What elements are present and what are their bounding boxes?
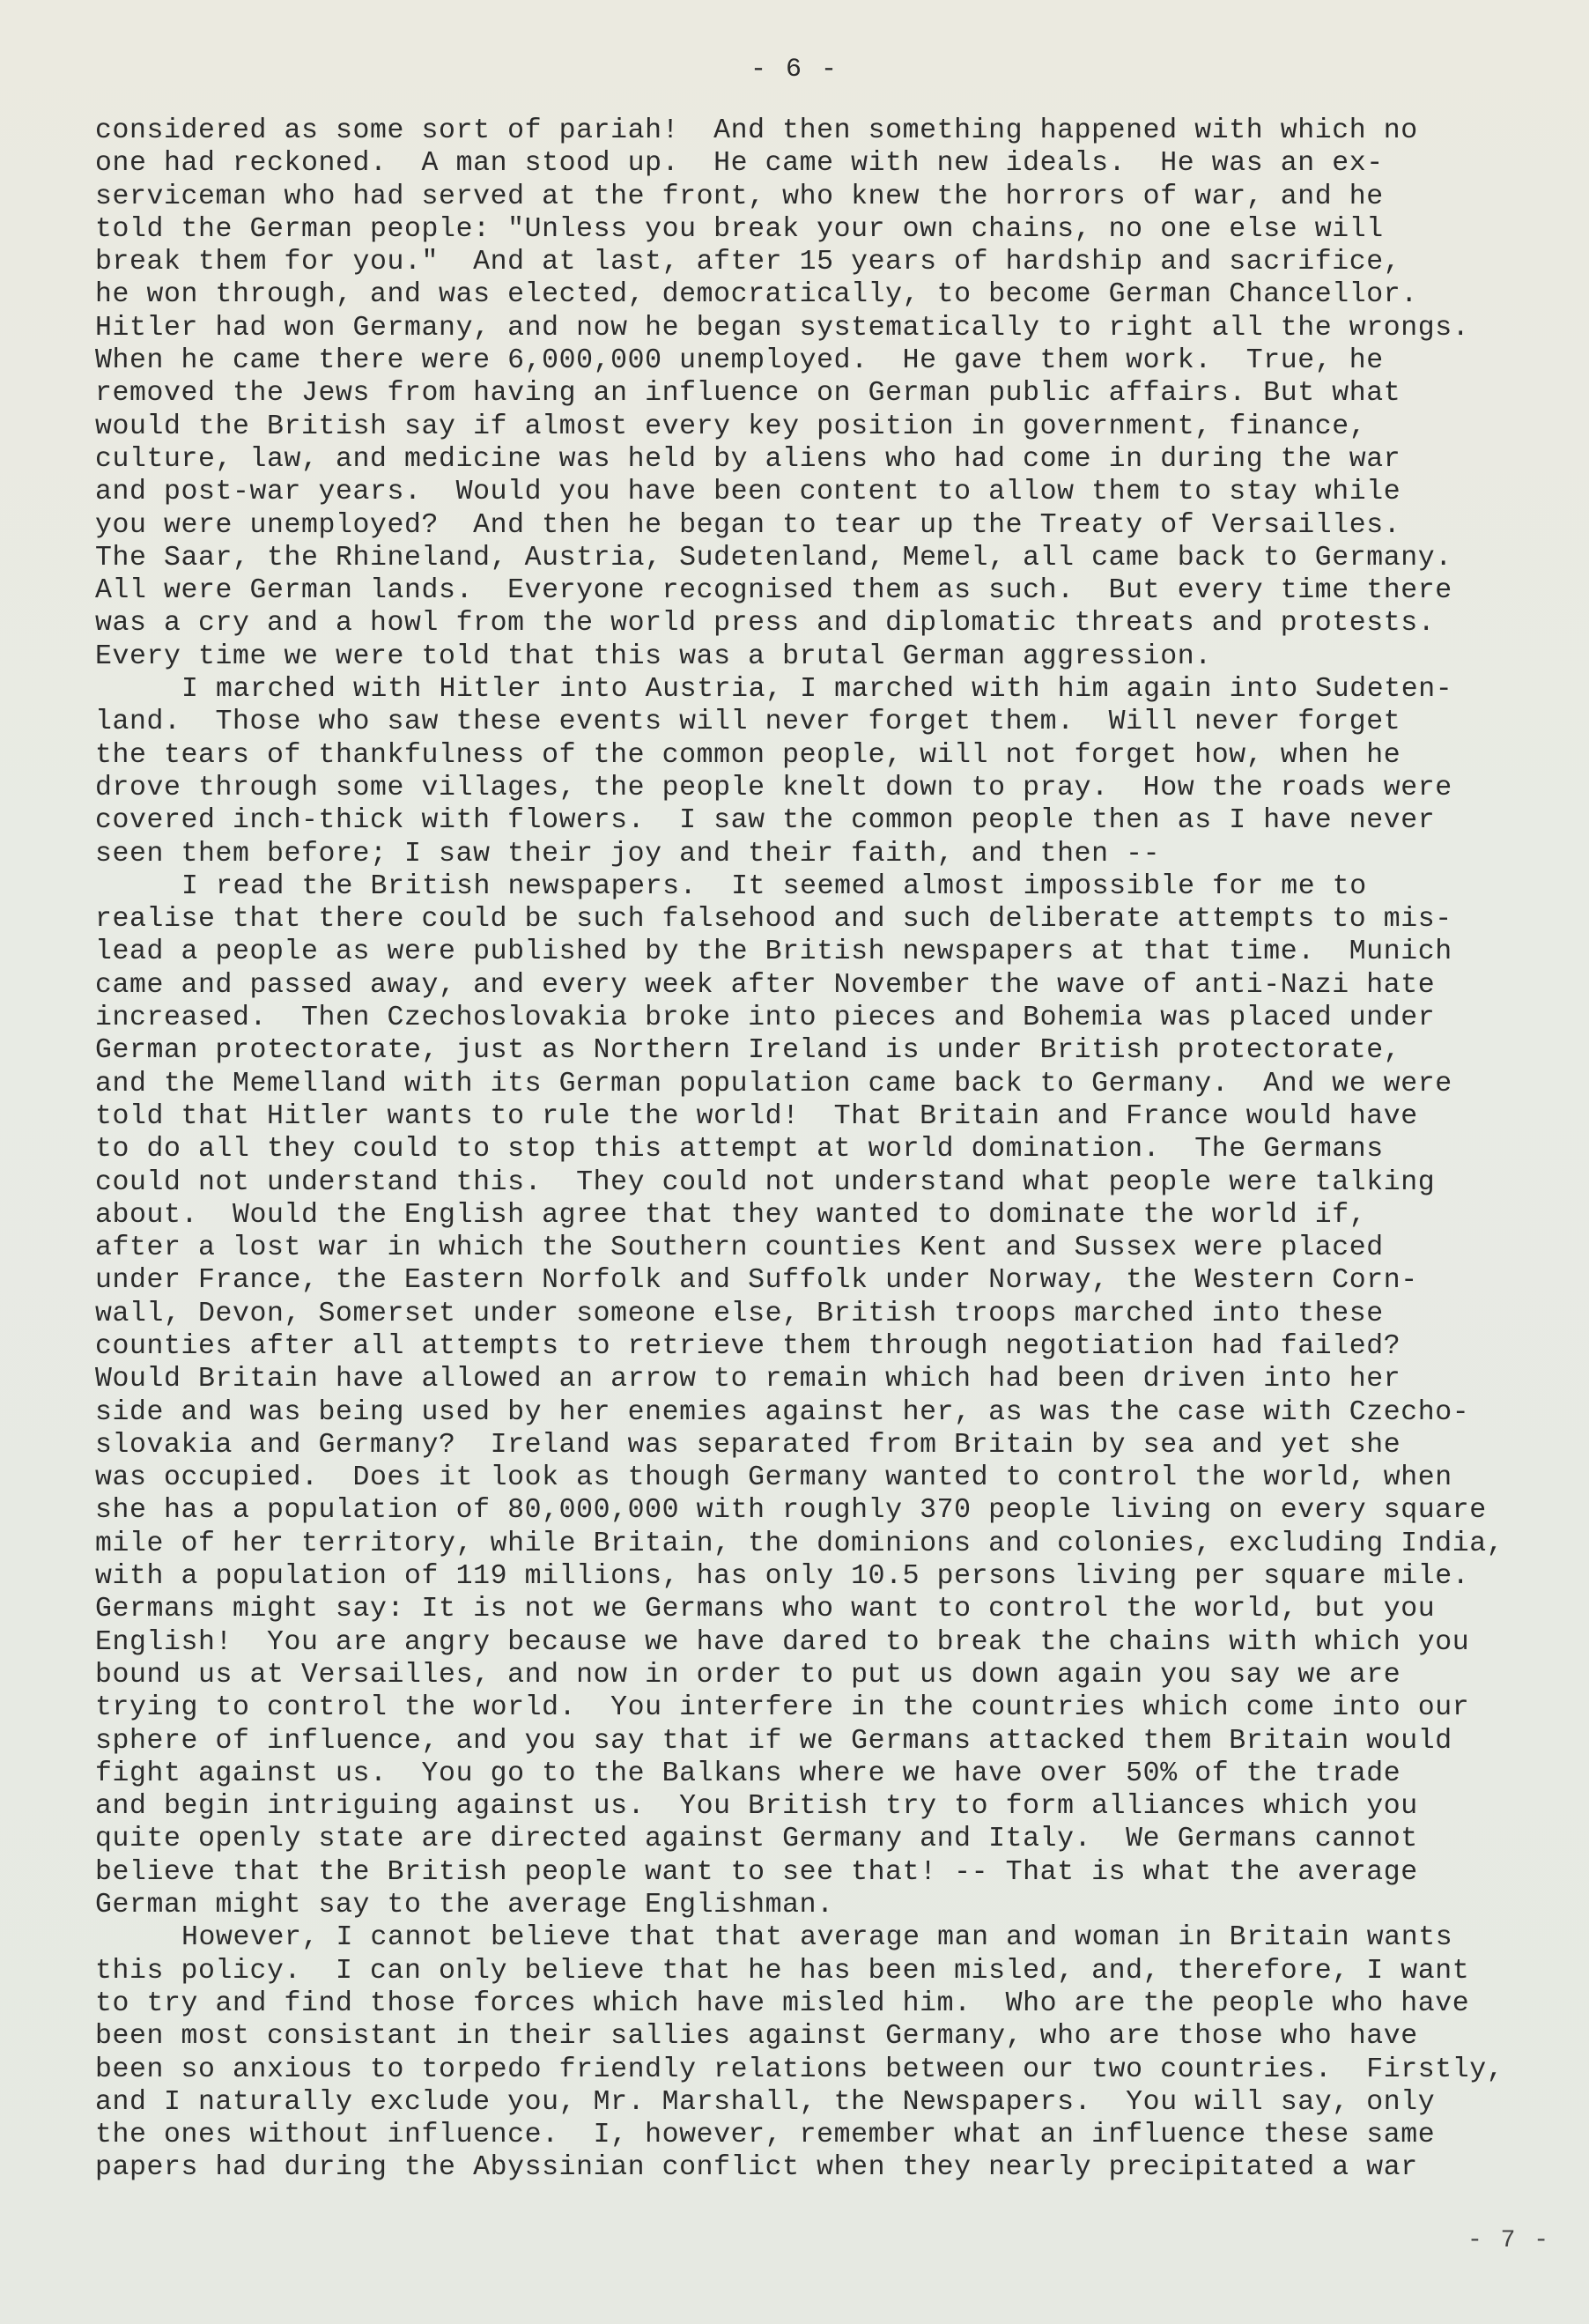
text-line: with a population of 119 millions, has o…: [95, 1560, 1557, 1593]
text-line: English! You are angry because we have d…: [95, 1626, 1557, 1659]
text-line: Hitler had won Germany, and now he began…: [95, 312, 1557, 344]
text-line: Germans might say: It is not we Germans …: [95, 1593, 1557, 1625]
text-line: break them for you." And at last, after …: [95, 246, 1557, 278]
text-line: and begin intriguing against us. You Bri…: [95, 1790, 1557, 1823]
text-line: bound us at Versailles, and now in order…: [95, 1659, 1557, 1691]
text-line: lead a people as were published by the B…: [95, 936, 1557, 968]
text-line: serviceman who had served at the front, …: [95, 181, 1557, 213]
text-line: was a cry and a howl from the world pres…: [95, 607, 1557, 640]
text-line: and post-war years. Would you have been …: [95, 476, 1557, 508]
text-line: Would Britain have allowed an arrow to r…: [95, 1363, 1557, 1395]
text-line: wall, Devon, Somerset under someone else…: [95, 1298, 1557, 1330]
text-line: seen them before; I saw their joy and th…: [95, 838, 1557, 870]
body-text: considered as some sort of pariah! And t…: [95, 115, 1557, 2185]
text-line: would the British say if almost every ke…: [95, 411, 1557, 443]
text-line: quite openly state are directed against …: [95, 1823, 1557, 1855]
text-line: When he came there were 6,000,000 unempl…: [95, 344, 1557, 377]
text-line: removed the Jews from having an influenc…: [95, 377, 1557, 410]
text-line: to do all they could to stop this attemp…: [95, 1133, 1557, 1166]
text-line: and the Memelland with its German popula…: [95, 1068, 1557, 1100]
text-line: mile of her territory, while Britain, th…: [95, 1528, 1557, 1560]
text-line: considered as some sort of pariah! And t…: [95, 115, 1557, 147]
text-line: culture, law, and medicine was held by a…: [95, 443, 1557, 476]
text-line: realise that there could be such falseho…: [95, 903, 1557, 936]
text-line: slovakia and Germany? Ireland was separa…: [95, 1429, 1557, 1462]
text-line: I read the British newspapers. It seemed…: [95, 870, 1557, 903]
text-line: to try and find those forces which have …: [95, 1987, 1557, 2020]
text-line: this policy. I can only believe that he …: [95, 1955, 1557, 1987]
text-line: told that Hitler wants to rule the world…: [95, 1100, 1557, 1133]
text-line: However, I cannot believe that that aver…: [95, 1921, 1557, 1954]
text-line: been most consistant in their sallies ag…: [95, 2020, 1557, 2053]
document-page: - 6 - considered as some sort of pariah!…: [0, 0, 1589, 2324]
text-line: under France, the Eastern Norfolk and Su…: [95, 1264, 1557, 1297]
text-line: counties after all attempts to retrieve …: [95, 1330, 1557, 1363]
text-line: German might say to the average Englishm…: [95, 1889, 1557, 1921]
text-line: German protectorate, just as Northern Ir…: [95, 1034, 1557, 1067]
text-line: Every time we were told that this was a …: [95, 640, 1557, 673]
text-line: believe that the British people want to …: [95, 1856, 1557, 1889]
text-line: papers had during the Abyssinian conflic…: [95, 2151, 1557, 2184]
text-line: increased. Then Czechoslovakia broke int…: [95, 1002, 1557, 1034]
text-line: one had reckoned. A man stood up. He cam…: [95, 147, 1557, 180]
text-line: about. Would the English agree that they…: [95, 1199, 1557, 1232]
text-line: after a lost war in which the Southern c…: [95, 1232, 1557, 1264]
text-line: was occupied. Does it look as though Ger…: [95, 1462, 1557, 1494]
text-line: came and passed away, and every week aft…: [95, 969, 1557, 1002]
text-line: drove through some villages, the people …: [95, 772, 1557, 804]
text-line: you were unemployed? And then he began t…: [95, 509, 1557, 542]
text-line: he won through, and was elected, democra…: [95, 278, 1557, 311]
text-line: could not understand this. They could no…: [95, 1166, 1557, 1199]
text-line: covered inch-thick with flowers. I saw t…: [95, 804, 1557, 837]
text-line: told the German people: "Unless you brea…: [95, 213, 1557, 246]
text-line: side and was being used by her enemies a…: [95, 1396, 1557, 1429]
text-line: the tears of thankfulness of the common …: [95, 739, 1557, 772]
text-line: and I naturally exclude you, Mr. Marshal…: [95, 2086, 1557, 2119]
text-line: I marched with Hitler into Austria, I ma…: [95, 673, 1557, 706]
page-number: - 6 -: [0, 55, 1589, 85]
text-line: sphere of influence, and you say that if…: [95, 1725, 1557, 1758]
text-line: trying to control the world. You interfe…: [95, 1691, 1557, 1724]
text-line: land. Those who saw these events will ne…: [95, 706, 1557, 738]
text-line: she has a population of 80,000,000 with …: [95, 1494, 1557, 1527]
text-line: fight against us. You go to the Balkans …: [95, 1758, 1557, 1790]
text-line: been so anxious to torpedo friendly rela…: [95, 2054, 1557, 2086]
text-line: the ones without influence. I, however, …: [95, 2119, 1557, 2151]
text-line: The Saar, the Rhineland, Austria, Sudete…: [95, 542, 1557, 574]
catchword-next-page: - 7 -: [1467, 2227, 1550, 2254]
text-line: All were German lands. Everyone recognis…: [95, 574, 1557, 607]
